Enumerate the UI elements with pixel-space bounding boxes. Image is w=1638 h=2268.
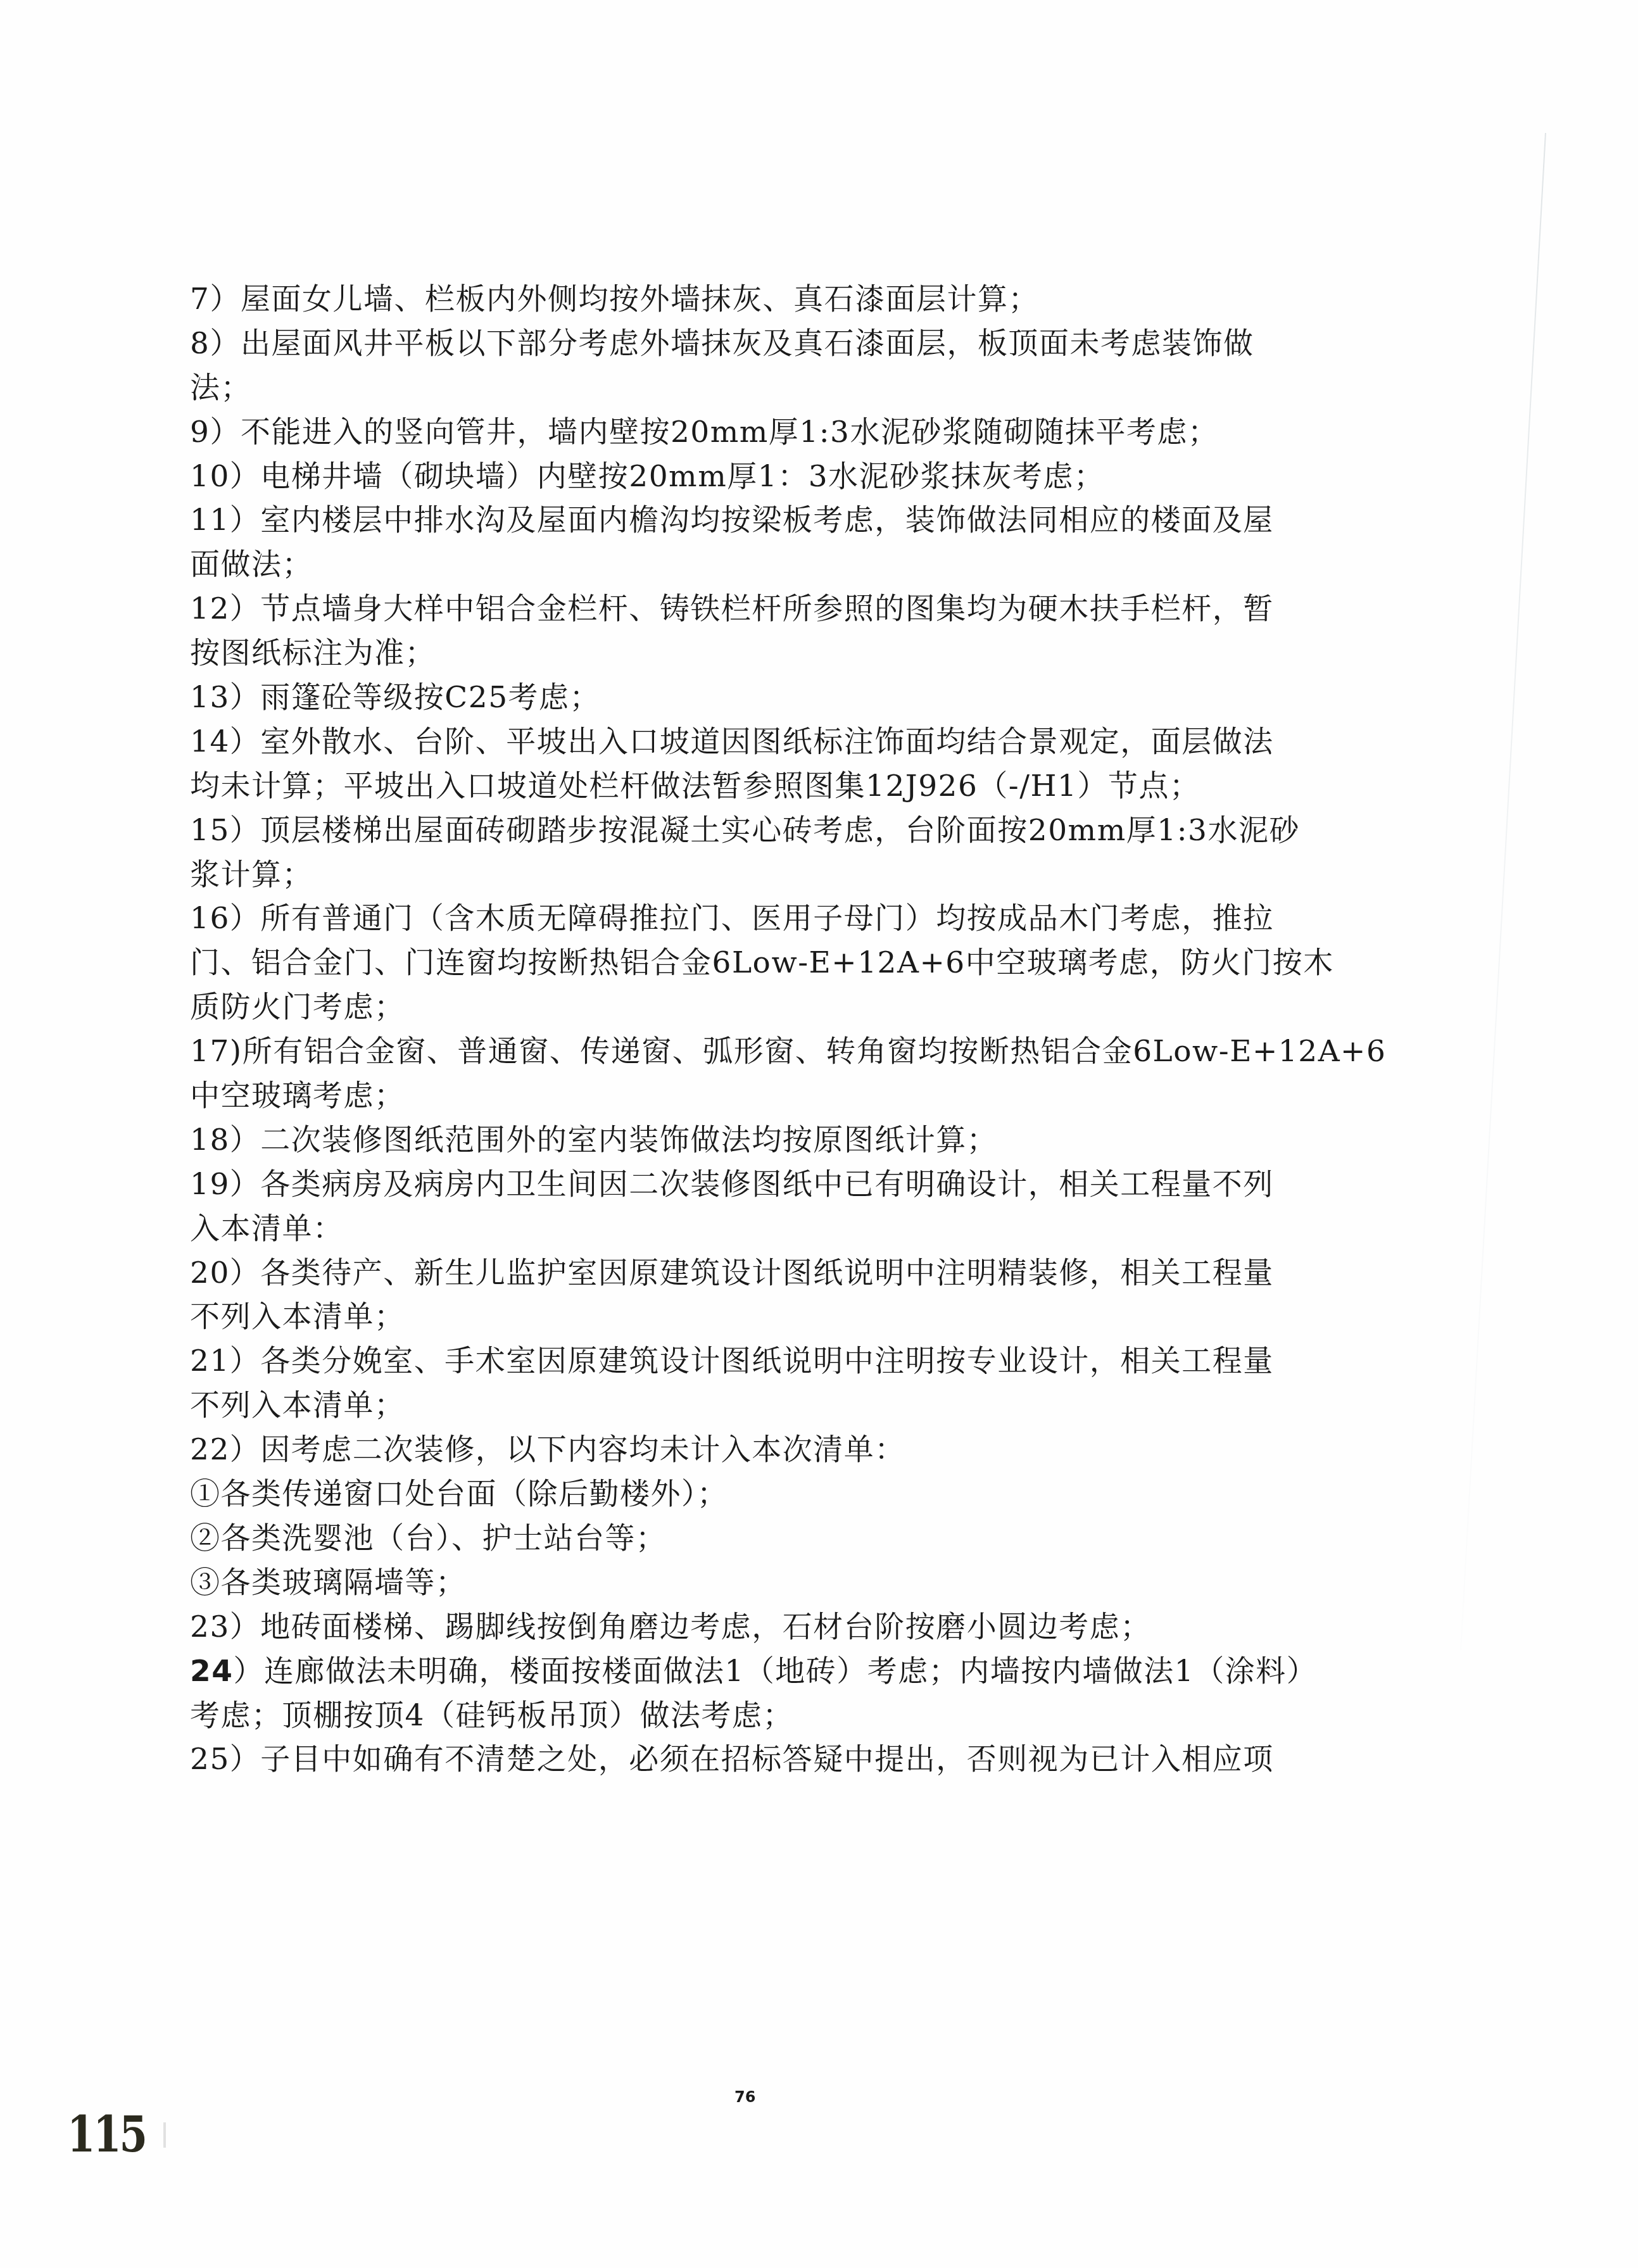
note-subitem: ③各类玻璃隔墙等；	[190, 1561, 1307, 1605]
note-line: 18）二次装修图纸范围外的室内装饰做法均按原图纸计算；	[190, 1118, 1307, 1162]
note-line: 不列入本清单；	[190, 1383, 1307, 1428]
note-line: 浆计算；	[190, 853, 1307, 897]
page-number: 76	[734, 2088, 755, 2106]
note-line: 14）室外散水、台阶、平坡出入口坡道因图纸标注饰面均结合景观定，面层做法	[190, 720, 1307, 764]
note-line: 按图纸标注为准；	[190, 631, 1307, 676]
note-line: 门、铝合金门、门连窗均按断热铝合金6Low-E+12A+6中空玻璃考虑，防火门按…	[190, 941, 1307, 985]
notes-text-block: 7）屋面女儿墙、栏板内外侧均按外墙抹灰、真石漆面层计算； 8）出屋面风井平板以下…	[190, 277, 1307, 1782]
note-line: 7）屋面女儿墙、栏板内外侧均按外墙抹灰、真石漆面层计算；	[190, 277, 1307, 322]
scanned-page: 7）屋面女儿墙、栏板内外侧均按外墙抹灰、真石漆面层计算； 8）出屋面风井平板以下…	[0, 0, 1638, 2268]
note-number: 24	[190, 1654, 233, 1689]
note-line: 16）所有普通门（含木质无障碍推拉门、医用子母门）均按成品木门考虑，推拉	[190, 897, 1307, 941]
note-line: 不列入本清单；	[190, 1295, 1307, 1339]
note-line: 19）各类病房及病房内卫生间因二次装修图纸中已有明确设计，相关工程量不列	[190, 1162, 1307, 1207]
stamp-smudge	[163, 2122, 166, 2148]
note-line: 25）子目中如确有不清楚之处，必须在招标答疑中提出，否则视为已计入相应项	[190, 1737, 1307, 1782]
note-line: 中空玻璃考虑；	[190, 1074, 1307, 1118]
note-line: 均未计算；平坡出入口坡道处栏杆做法暂参照图集12J926（-/H1）节点；	[190, 764, 1307, 809]
note-line: 24）连廊做法未明确，楼面按楼面做法1（地砖）考虑；内墙按内墙做法1（涂料）	[190, 1649, 1307, 1694]
note-line: 8）出屋面风井平板以下部分考虑外墙抹灰及真石漆面层，板顶面未考虑装饰做	[190, 322, 1307, 366]
note-subitem: ②各类洗婴池（台）、护士站台等；	[190, 1516, 1307, 1561]
note-line: 入本清单：	[190, 1207, 1307, 1251]
note-text: ）连廊做法未明确，楼面按楼面做法1（地砖）考虑；内墙按内墙做法1（涂料）	[233, 1654, 1317, 1689]
note-line: 10）电梯井墙（砌块墙）内壁按20mm厚1：3水泥砂浆抹灰考虑；	[190, 455, 1307, 499]
stamped-page-number: 115	[67, 2106, 146, 2164]
note-line: 质防火门考虑；	[190, 985, 1307, 1030]
note-line: 23）地砖面楼梯、踢脚线按倒角磨边考虑，石材台阶按磨小圆边考虑；	[190, 1605, 1307, 1649]
note-line: 9）不能进入的竖向管井，墙内壁按20mm厚1:3水泥砂浆随砌随抹平考虑；	[190, 410, 1307, 455]
note-line: 面做法；	[190, 543, 1307, 587]
note-line: 15）顶层楼梯出屋面砖砌踏步按混凝土实心砖考虑，台阶面按20mm厚1:3水泥砂	[190, 809, 1307, 853]
note-subitem: ①各类传递窗口处台面（除后勤楼外）；	[190, 1472, 1307, 1516]
note-line: 13）雨篷砼等级按C25考虑；	[190, 676, 1307, 720]
note-line: 11）室内楼层中排水沟及屋面内檐沟均按梁板考虑，装饰做法同相应的楼面及屋	[190, 498, 1307, 543]
scan-edge-line	[1460, 133, 1546, 1650]
note-line: 17)所有铝合金窗、普通窗、传递窗、弧形窗、转角窗均按断热铝合金6Low-E+1…	[190, 1030, 1307, 1074]
note-line: 21）各类分娩室、手术室因原建筑设计图纸说明中注明按专业设计，相关工程量	[190, 1339, 1307, 1383]
note-line: 12）节点墙身大样中铝合金栏杆、铸铁栏杆所参照的图集均为硬木扶手栏杆，暂	[190, 587, 1307, 631]
note-line: 22）因考虑二次装修，以下内容均未计入本次清单：	[190, 1428, 1307, 1472]
note-line: 法；	[190, 366, 1307, 410]
note-line: 20）各类待产、新生儿监护室因原建筑设计图纸说明中注明精装修，相关工程量	[190, 1251, 1307, 1295]
note-line: 考虑；顶棚按顶4（硅钙板吊顶）做法考虑；	[190, 1694, 1307, 1738]
